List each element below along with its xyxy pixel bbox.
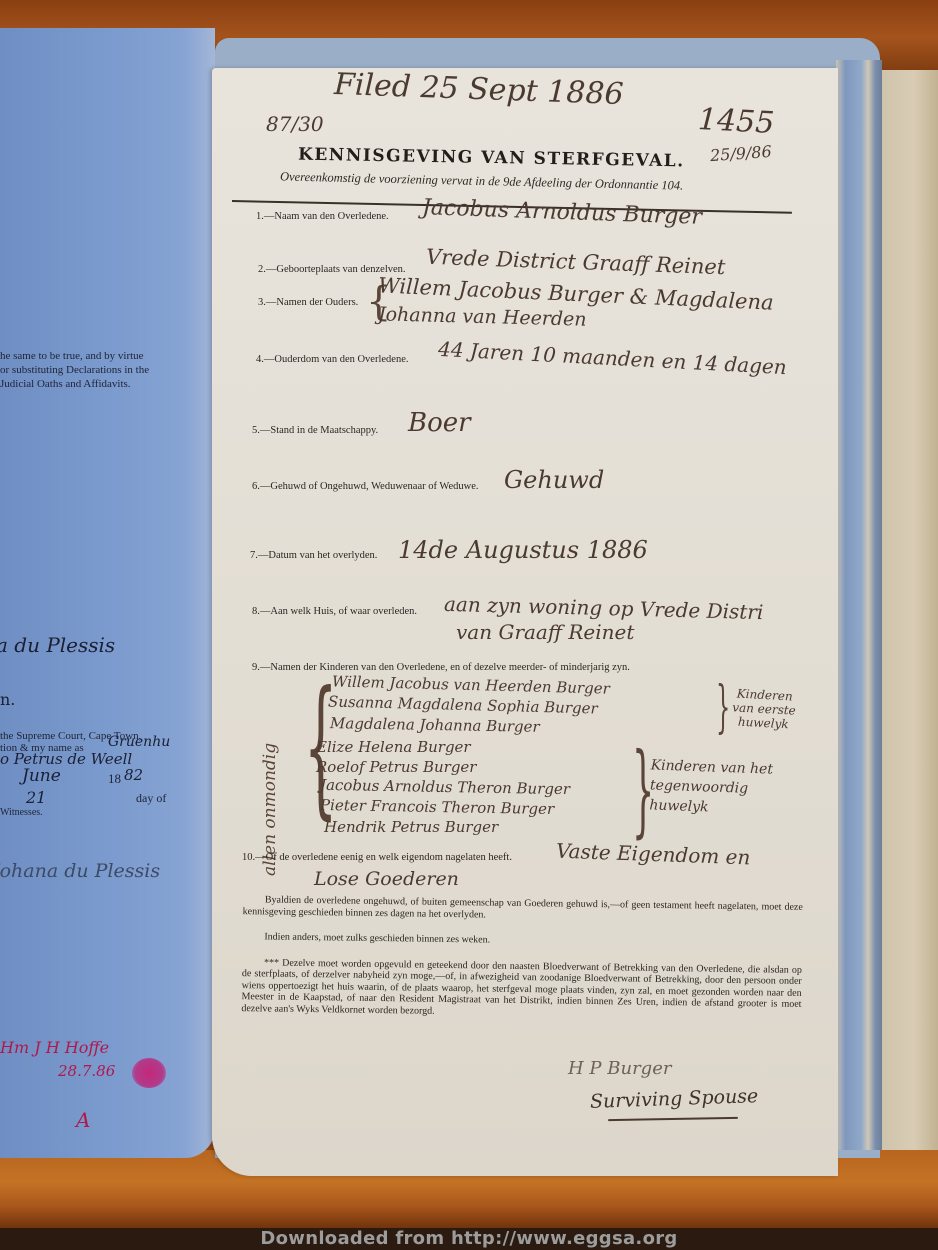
- left-day-hand: 21: [26, 788, 46, 807]
- children-group-2-label: Kinderen van het tegenwoordig huwelyk: [649, 755, 801, 820]
- field-10-value-line2: Lose Goederen: [314, 868, 459, 890]
- field-7-value: 14de Augustus 1886: [398, 536, 648, 564]
- left-handwritten-name: a du Plessis: [0, 633, 115, 657]
- left-court-hand-2: o Petrus de Weell: [0, 750, 132, 768]
- field-4-label: 4.—Ouderdom van den Overledene.: [256, 354, 409, 365]
- child-name: Roelof Petrus Burger: [316, 758, 476, 776]
- left-print-line-1: he same to be true, and by virtue: [0, 350, 144, 363]
- field-5-label: 5.—Stand in de Maatschappy.: [252, 425, 378, 436]
- left-pencil-signature: Johana du Plessis: [0, 860, 160, 882]
- date-annotation: 25/9/86: [709, 142, 772, 165]
- left-court-hand-1: Gruenhu: [108, 734, 170, 750]
- field-8-value-line2: van Graaff Reinet: [456, 620, 634, 644]
- red-ink-date: 28.7.86: [58, 1062, 115, 1080]
- field-1-label: 1.—Naam van den Overledene.: [256, 211, 389, 222]
- filed-annotation: Filed 25 Sept 1886: [333, 67, 624, 112]
- signature-name: H P Burger: [568, 1058, 671, 1079]
- note-paragraph-3: *** Dezelve moet worden opgevuld en gete…: [241, 957, 802, 1022]
- field-6-value: Gehuwd: [504, 466, 604, 494]
- ink-stain: [132, 1058, 166, 1088]
- signature-flourish: [608, 1117, 738, 1121]
- field-10-label: 10.—Of de overledene eenig en welk eigen…: [242, 852, 512, 863]
- left-print-line-2: or substituting Declarations in the: [0, 364, 149, 377]
- left-n-mark: n.: [0, 690, 15, 709]
- field-6-label: 6.—Gehuwd of Ongehuwd, Weduwenaar of Wed…: [252, 481, 479, 492]
- left-print-line-3: Judicial Oaths and Affidavits.: [0, 378, 131, 391]
- field-5-value: Boer: [408, 408, 471, 438]
- file-number: 1455: [697, 102, 775, 141]
- reference-number: 87/30: [266, 112, 324, 136]
- children-group-1-label: Kinderen van eerste huwelyk: [727, 686, 801, 732]
- signature-role: Surviving Spouse: [590, 1085, 759, 1113]
- red-ink-initial: A: [76, 1108, 90, 1132]
- field-10-value-line1: Vaste Eigendom en: [556, 839, 751, 870]
- death-notice-form: Filed 25 Sept 1886 87/30 1455 25/9/86 KE…: [212, 68, 838, 1176]
- left-month: June: [22, 766, 61, 786]
- field-1-value: Jacobus Arnoldus Burger: [422, 195, 703, 230]
- child-name: Elize Helena Burger: [316, 738, 471, 756]
- right-book-pages: [878, 70, 938, 1150]
- left-blue-page: he same to be true, and by virtue or sub…: [0, 28, 215, 1158]
- watermark-text: Downloaded from http://www.eggsa.org: [0, 1228, 938, 1250]
- field-7-label: 7.—Datum van het overlyden.: [250, 550, 377, 561]
- child-name: Magdalena Johanna Burger: [330, 714, 540, 736]
- field-3-label: 3.—Namen der Ouders.: [258, 297, 358, 308]
- form-title: KENNISGEVING VAN STERFGEVAL.: [298, 145, 685, 172]
- child-name: Jacobus Arnoldus Theron Burger: [320, 776, 570, 798]
- note-paragraph-1: Byaldien de overledene ongehuwd, of buit…: [243, 894, 803, 925]
- field-3-value-line2: Johanna van Heerden: [378, 303, 587, 330]
- red-ink-signature: Hm J H Hoffe: [0, 1038, 109, 1057]
- form-subtitle: Overeenkomstig de voorziening vervat in …: [280, 169, 684, 193]
- note-paragraph-2: Indien anders, moet zulks geschieden bin…: [242, 931, 802, 950]
- child-name: Pieter Francois Theron Burger: [320, 796, 554, 818]
- instructions-notes: Byaldien de overledene ongehuwd, of buit…: [241, 894, 803, 1036]
- stacked-page-edges: [836, 60, 882, 1150]
- left-year-print: 18: [108, 772, 121, 785]
- left-day-of: day of: [136, 792, 166, 805]
- left-witnesses: Witnesses.: [0, 806, 43, 819]
- child-name: Hendrik Petrus Burger: [324, 818, 498, 836]
- left-year-hand: 82: [124, 766, 143, 784]
- field-4-value: 44 Jaren 10 maanden en 14 dagen: [438, 337, 788, 379]
- field-2-value: Vrede District Graaff Reinet: [426, 245, 726, 279]
- field-8-label: 8.—Aan welk Huis, of waar overleden.: [252, 606, 417, 617]
